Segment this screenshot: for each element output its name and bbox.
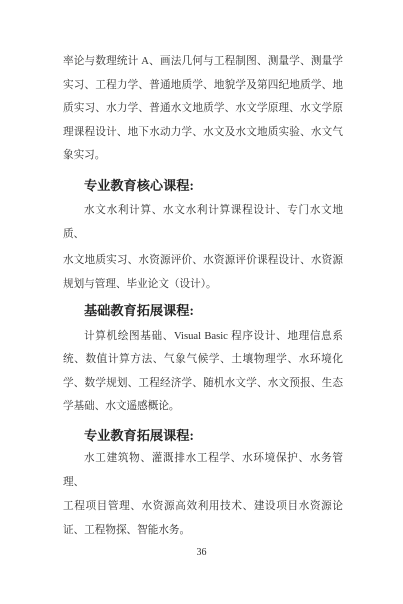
core-professional-courses-paragraph: 水文水利计算、水文水利计算课程设计、专门水文地质、 bbox=[63, 199, 343, 246]
basic-courses-continued-paragraph: 率论与数理统计 A、画法几何与工程制图、测量学、测量学实习、工程力学、普通地质学… bbox=[63, 50, 343, 168]
text-line: 象实习。 bbox=[63, 144, 343, 168]
text-line: 水工建筑物、灌溉排水工程学、水环境保护、水务管 bbox=[63, 447, 343, 471]
document-body: 率论与数理统计 A、画法几何与工程制图、测量学、测量学实习、工程力学、普通地质学… bbox=[63, 50, 343, 542]
professional-extension-courses-heading: 专业教育拓展课程: bbox=[63, 424, 343, 448]
text-line: 学基础、水文遥感概论。 bbox=[63, 395, 343, 419]
text-line: 工程项目管理、水资源高效利用技术、建设项目水资源论 bbox=[63, 495, 343, 519]
basic-extension-courses-paragraph: 计算机绘图基础、Visual Basic 程序设计、地理信息系统、数值计算方法、… bbox=[63, 325, 343, 419]
core-professional-courses-heading: 专业教育核心课程: bbox=[63, 174, 343, 198]
page-number: 36 bbox=[0, 546, 403, 560]
basic-extension-courses-heading: 基础教育拓展课程: bbox=[63, 299, 343, 323]
document-page: 率论与数理统计 A、画法几何与工程制图、测量学、测量学实习、工程力学、普通地质学… bbox=[0, 0, 403, 604]
text-line: 理、 bbox=[63, 471, 343, 495]
text-line: 理课程设计、地下水动力学、水文及水文地质实验、水文气 bbox=[63, 121, 343, 145]
core-professional-courses-paragraph-2: 水文地质实习、水资源评价、水资源评价课程设计、水资源规划与管理、毕业论文（设计）… bbox=[63, 249, 343, 296]
text-line: 质实习、水力学、普通水文地质学、水文学原理、水文学原 bbox=[63, 97, 343, 121]
text-line: 实习、工程力学、普通地质学、地貌学及第四纪地质学、地 bbox=[63, 74, 343, 98]
text-line: 规划与管理、毕业论文（设计）。 bbox=[63, 273, 343, 297]
text-line: 率论与数理统计 A、画法几何与工程制图、测量学、测量学 bbox=[63, 50, 343, 74]
text-line: 质、 bbox=[63, 223, 343, 247]
text-line: 基础教育拓展课程: bbox=[63, 299, 343, 323]
text-line: 水文地质实习、水资源评价、水资源评价课程设计、水资源 bbox=[63, 249, 343, 273]
professional-extension-courses-paragraph-2: 工程项目管理、水资源高效利用技术、建设项目水资源论证、工程物探、智能水务。 bbox=[63, 495, 343, 542]
text-line: 学、数学规划、工程经济学、随机水文学、水文预报、生态 bbox=[63, 372, 343, 396]
text-line: 专业教育核心课程: bbox=[63, 174, 343, 198]
professional-extension-courses-paragraph: 水工建筑物、灌溉排水工程学、水环境保护、水务管理、 bbox=[63, 447, 343, 494]
text-line: 水文水利计算、水文水利计算课程设计、专门水文地 bbox=[63, 199, 343, 223]
text-line: 证、工程物探、智能水务。 bbox=[63, 519, 343, 543]
text-line: 计算机绘图基础、Visual Basic 程序设计、地理信息系 bbox=[63, 325, 343, 349]
text-line: 统、数值计算方法、气象气候学、土壤物理学、水环境化 bbox=[63, 348, 343, 372]
text-line: 专业教育拓展课程: bbox=[63, 424, 343, 448]
